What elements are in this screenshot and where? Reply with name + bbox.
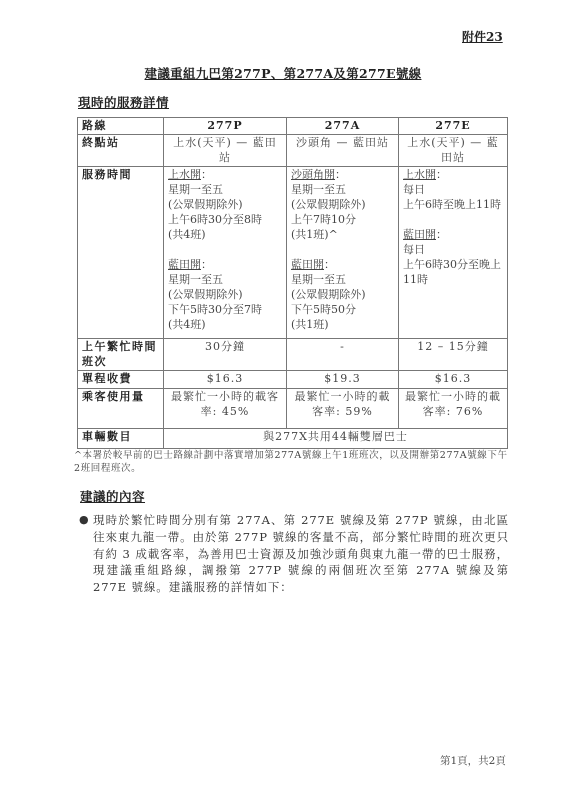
schedule-line: 星期一至五 [291, 182, 394, 197]
row-label-route: 路線 [78, 118, 164, 135]
proposal-paragraph: 現時於繁忙時間分別有第 277A、第 277E 號線及第 277P 號線，由北區… [93, 512, 509, 596]
row-label-fare: 單程收費 [78, 371, 164, 389]
schedule-line: (公眾假期除外) [168, 287, 282, 302]
departure-title: 沙頭角開 [291, 168, 335, 181]
departure-title: 藍田開 [291, 258, 324, 271]
peak-frequency-277e: 12 – 15分鐘 [399, 339, 508, 371]
fleet-value: 與277X共用44輛雙層巴士 [164, 429, 508, 449]
schedule-line: 上午6時30分至8時 [168, 212, 282, 227]
document-title: 建議重組九巴第277P、第277A及第277E號線 [0, 64, 566, 82]
schedule-line: 星期一至五 [168, 272, 282, 287]
schedule-line: (公眾假期除外) [291, 287, 394, 302]
table-row-usage: 乘客使用量 最繁忙一小時的載客率: 45% 最繁忙一小時的載客率: 59% 最繁… [78, 389, 508, 429]
schedule-line: 上午6時30分至晚上11時 [403, 257, 503, 287]
schedule-line: (共4班) [168, 227, 282, 242]
schedule-line: (公眾假期除外) [168, 197, 282, 212]
fare-277p: $16.3 [164, 371, 287, 389]
service-details-table: 路線 277P 277A 277E 終點站 上水(天平) — 藍田站 沙頭角 —… [77, 117, 508, 449]
schedule-line: (共4班) [168, 317, 282, 332]
schedule-line: 上午6時至晚上11時 [403, 197, 503, 212]
departure-title: 上水開 [403, 168, 436, 181]
col-header-277e: 277E [399, 118, 508, 135]
table-row-service-hours: 服務時間 上水開： 星期一至五 (公眾假期除外) 上午6時30分至8時 (共4班… [78, 167, 508, 339]
row-label-peak-frequency: 上午繁忙時間班次 [78, 339, 164, 371]
page-number: 第1頁，共2頁 [440, 753, 506, 768]
row-label-fleet: 車輛數目 [78, 429, 164, 449]
schedule-line: (共1班) [291, 317, 394, 332]
schedule-line: (公眾假期除外) [291, 197, 394, 212]
schedule-line: 上午7時10分 [291, 212, 394, 227]
peak-frequency-277a: - [287, 339, 399, 371]
table-row-peak-frequency: 上午繁忙時間班次 30分鐘 - 12 – 15分鐘 [78, 339, 508, 371]
table-row-fleet: 車輛數目 與277X共用44輛雙層巴士 [78, 429, 508, 449]
section-heading-current-service: 現時的服務詳情 [78, 93, 169, 111]
schedule-line: 每日 [403, 182, 503, 197]
table-footnote: ^本署於較早前的巴士路線計劃中落實增加第277A號線上午1班班次，以及開辦第27… [74, 450, 514, 475]
usage-277p: 最繁忙一小時的載客率: 45% [164, 389, 287, 429]
usage-277a: 最繁忙一小時的載客率: 59% [287, 389, 399, 429]
annex-label: 附件23 [462, 28, 503, 45]
peak-frequency-277p: 30分鐘 [164, 339, 287, 371]
schedule-line: 星期一至五 [168, 182, 282, 197]
table-row-fare: 單程收費 $16.3 $19.3 $16.3 [78, 371, 508, 389]
schedule-line: 下午5時30分至7時 [168, 302, 282, 317]
table-row-route: 路線 277P 277A 277E [78, 118, 508, 135]
service-hours-277a: 沙頭角開： 星期一至五 (公眾假期除外) 上午7時10分 (共1班)^ 藍田開：… [287, 167, 399, 339]
proposal-bullet-item: ● 現時於繁忙時間分別有第 277A、第 277E 號線及第 277P 號線，由… [79, 512, 509, 596]
row-label-service-hours: 服務時間 [78, 167, 164, 339]
fare-277a: $19.3 [287, 371, 399, 389]
col-header-277p: 277P [164, 118, 287, 135]
service-hours-277e: 上水開： 每日 上午6時至晚上11時 藍田開： 每日 上午6時30分至晚上11時 [399, 167, 508, 339]
schedule-line: 下午5時50分 [291, 302, 394, 317]
terminus-277a: 沙頭角 — 藍田站 [287, 135, 399, 167]
schedule-line: (共1班)^ [291, 227, 394, 242]
service-hours-277p: 上水開： 星期一至五 (公眾假期除外) 上午6時30分至8時 (共4班) 藍田開… [164, 167, 287, 339]
schedule-line: 每日 [403, 242, 503, 257]
section-heading-proposal: 建議的內容 [80, 487, 145, 505]
schedule-line: 星期一至五 [291, 272, 394, 287]
row-label-terminus: 終點站 [78, 135, 164, 167]
departure-title: 藍田開 [403, 228, 436, 241]
terminus-277p: 上水(天平) — 藍田站 [164, 135, 287, 167]
col-header-277a: 277A [287, 118, 399, 135]
usage-277e: 最繁忙一小時的載客率: 76% [399, 389, 508, 429]
departure-title: 藍田開 [168, 258, 201, 271]
row-label-usage: 乘客使用量 [78, 389, 164, 429]
table-row-terminus: 終點站 上水(天平) — 藍田站 沙頭角 — 藍田站 上水(天平) — 藍田站 [78, 135, 508, 167]
bullet-icon: ● [79, 512, 89, 529]
terminus-277e: 上水(天平) — 藍田站 [399, 135, 508, 167]
departure-title: 上水開 [168, 168, 201, 181]
fare-277e: $16.3 [399, 371, 508, 389]
